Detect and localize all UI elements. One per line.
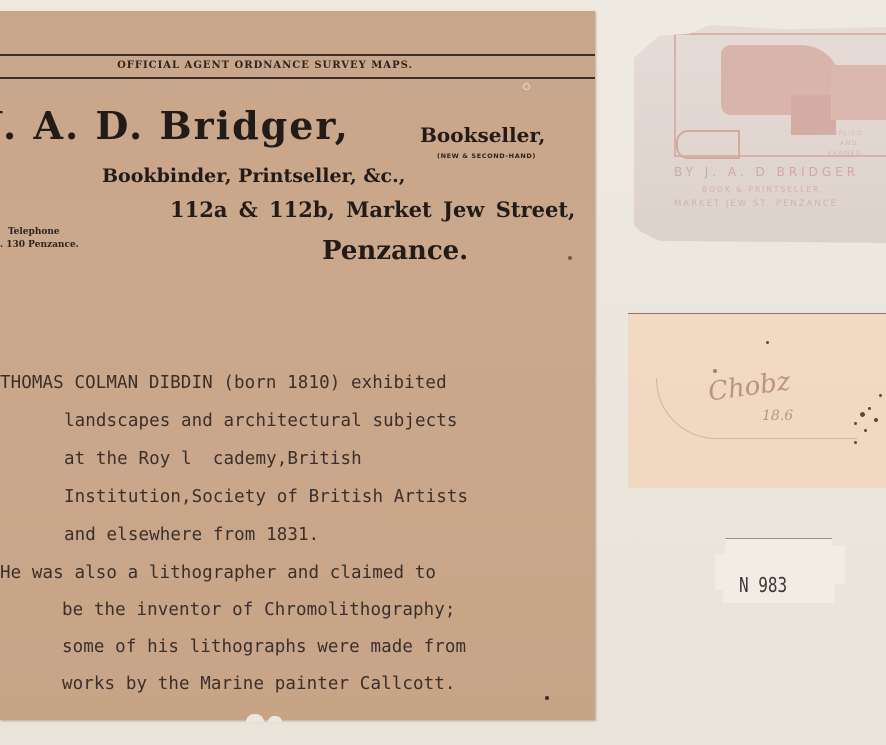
framer-trade: BOOK & PRINTSELLER, — [702, 185, 825, 194]
typed-line: THOMAS COLMAN DIBDIN (born 1810) exhibit… — [0, 373, 447, 393]
framer-address: MARKET JEW ST. PENZANCE — [674, 199, 838, 209]
typed-line: Institution,Society of British Artists — [64, 487, 468, 507]
trade-secondary: Bookbinder, Printseller, &c., — [102, 165, 405, 187]
speck — [874, 418, 878, 422]
framer-and: AND — [840, 140, 858, 147]
ink-spot — [545, 696, 549, 700]
speck — [860, 412, 865, 417]
speck — [854, 441, 857, 444]
framer-name: BY J. A. D BRIDGER — [674, 165, 859, 179]
typed-line: He was also a lithographer and claimed t… — [0, 563, 436, 583]
trade-primary: Bookseller, — [420, 123, 545, 147]
inventory-tag: N 983 — [715, 538, 845, 603]
town: Penzance. — [322, 236, 468, 266]
speck — [864, 429, 867, 432]
typed-line: be the inventor of Chromolithography; — [62, 600, 456, 620]
framer-supplied: SUPPLIED — [822, 130, 863, 137]
telephone-number: . 130 Penzance. — [0, 240, 79, 250]
ink-spot — [568, 256, 572, 260]
trade-note: (NEW & SECOND-HAND) — [437, 152, 536, 160]
top-rule — [0, 54, 595, 56]
bottom-rule — [0, 77, 595, 79]
signature-year: 18.6 — [762, 408, 793, 424]
agent-line: OFFICIAL AGENT ORDNANCE SURVEY MAPS. — [0, 60, 530, 71]
framer-label: SUPPLIED AND FRAMED BY J. A. D BRIDGER B… — [634, 25, 886, 243]
paper-tear — [268, 716, 282, 722]
typed-line: some of his lithographs were made from — [62, 637, 466, 657]
paper-tear — [246, 714, 264, 722]
address: 112a & 112b, Market Jew Street, — [170, 197, 575, 222]
merchant-name: J. A. D. Bridger, — [0, 103, 350, 148]
speck — [879, 394, 882, 397]
framer-framed: FRAMED — [828, 150, 862, 157]
typed-line: and elsewhere from 1831. — [64, 525, 319, 545]
signature-slip: Chobz 18.6 — [628, 313, 886, 488]
typed-line: landscapes and architectural subjects — [64, 411, 458, 431]
typed-line: at the Roy l cademy,British — [64, 449, 362, 469]
typed-line: works by the Marine painter Callcott. — [62, 674, 456, 694]
speck — [713, 369, 717, 373]
speck — [854, 422, 857, 425]
letterhead-sheet: OFFICIAL AGENT ORDNANCE SURVEY MAPS. J. … — [0, 11, 595, 720]
framer-illustration — [674, 33, 886, 157]
punch-hole — [523, 83, 530, 90]
speck — [868, 407, 871, 410]
speck — [766, 341, 769, 344]
telephone-label: Telephone — [8, 227, 60, 237]
inventory-number: N 983 — [739, 573, 787, 597]
